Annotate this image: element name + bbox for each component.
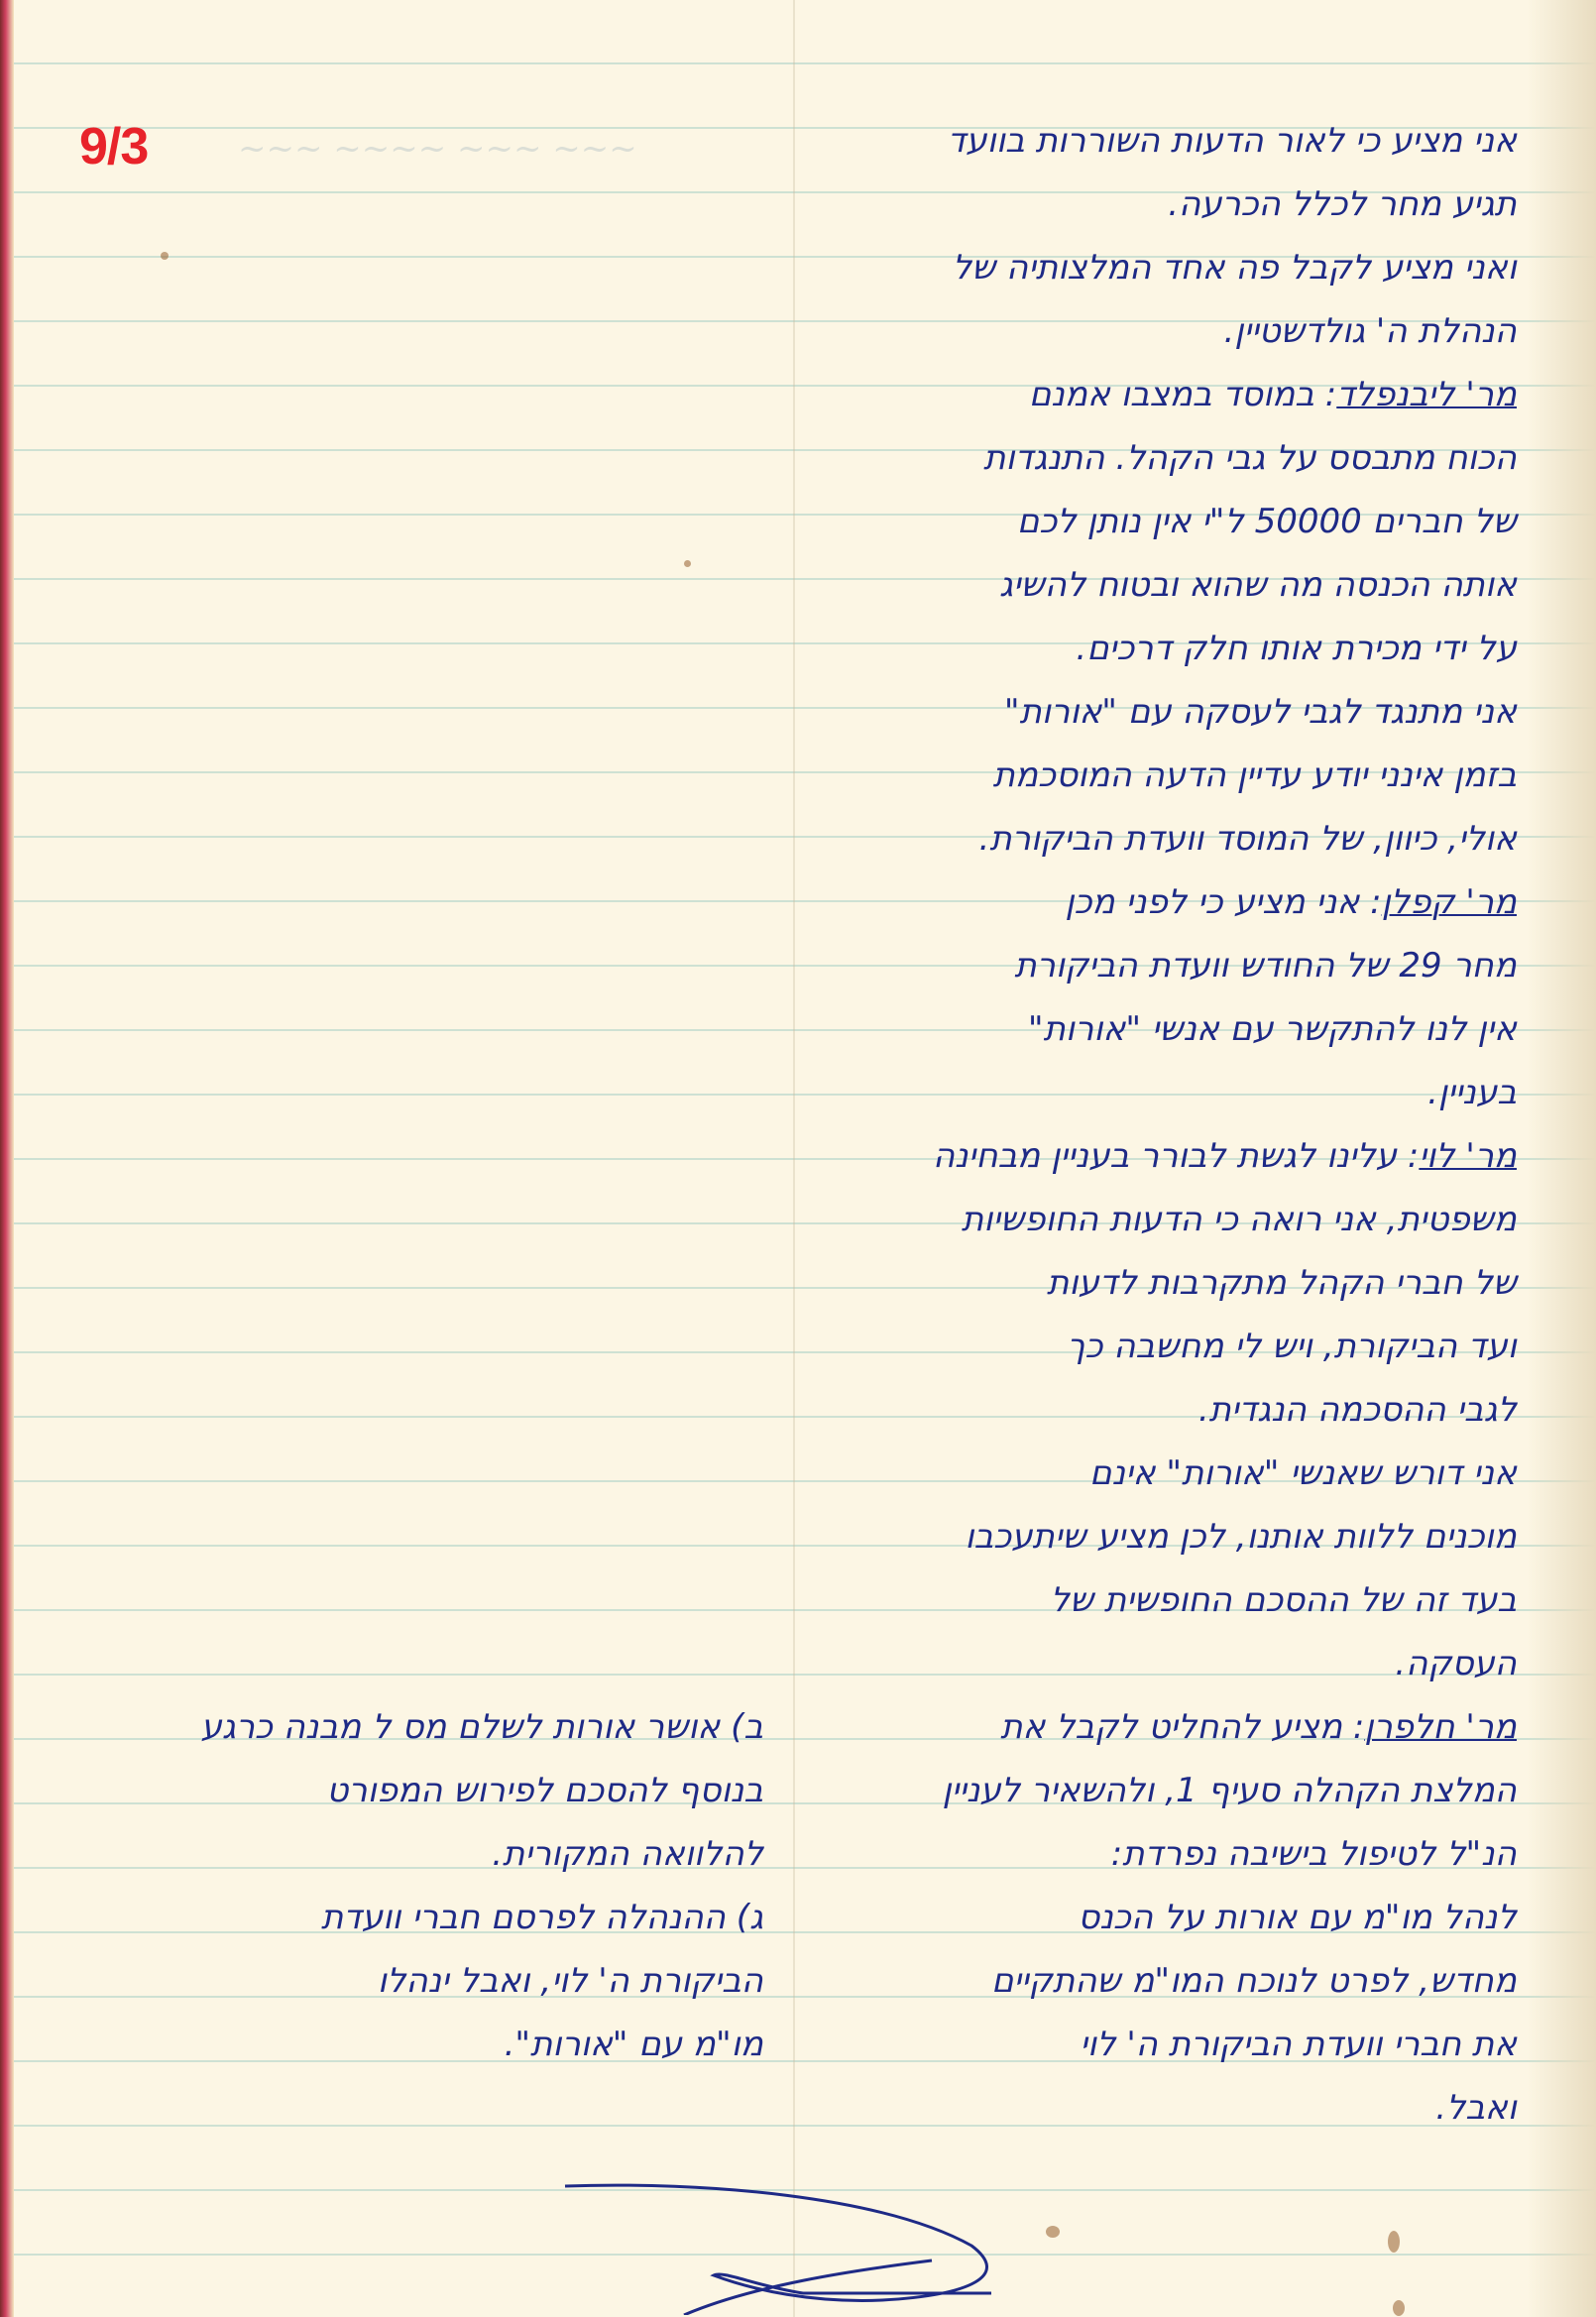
- text-line: על ידי מכירת אותו חלק דרכים.: [803, 617, 1517, 680]
- text-line: ב) אושר אורות לשלם מס ל מבנה כרגע: [30, 1695, 763, 1759]
- text-line: אולי, כיוון, של המוסד וועדת הביקורת.: [803, 807, 1517, 870]
- speaker-line: מר' חלפרן: מציע להחליט לקבל את: [803, 1695, 1517, 1759]
- text-line: בנוסף להסכם לפירוש המפורט: [30, 1759, 763, 1822]
- text-line: מו"מ עם "אורות".: [30, 2013, 763, 2076]
- text-line: של חברי הקהל מתקרבות לדעות: [803, 1251, 1517, 1315]
- text-line: ואני מציע לקבל פה אחד המלצותיה של: [803, 236, 1517, 299]
- minutes-left-column: ב) אושר אורות לשלם מס ל מבנה כרגע בנוסף …: [30, 1695, 763, 2076]
- text-line: בזמן אינני יודע עדיין הדעה המוסכמת: [803, 744, 1517, 807]
- text-line: מוכנים ללוות אותנו, לכן מציע שיתעכבו: [803, 1505, 1517, 1568]
- text-line: המלצת הקהלה סעיף 1, ולהשאיר לעניין: [803, 1759, 1517, 1822]
- speaker-line: מר' ליבנפלד: במוסד במצבו אמנם: [803, 363, 1517, 426]
- text-line: משפטית, אני רואה כי הדעות החופשיות: [803, 1188, 1517, 1251]
- text-line: הביקורת ה' לוי, ואבל ינהלו: [30, 1949, 763, 2013]
- text-line: בעד זה של ההסכם החופשית של: [803, 1568, 1517, 1632]
- signature-scrawl: [555, 2176, 1011, 2315]
- text-line: אני מציע כי לאור הדעות השוררות בוועד: [803, 109, 1517, 173]
- text-line: ועד הביקורת, ויש לי מחשבה כך: [803, 1315, 1517, 1378]
- speaker-name: מר' ליבנפלד: [1336, 375, 1517, 414]
- text-line: בעניין.: [803, 1061, 1517, 1124]
- text-line: מחר 29 של החודש וועדת הביקורת: [803, 934, 1517, 997]
- text-line: תגיע מחר לכלל הכרעה.: [803, 173, 1517, 236]
- page-number-label: 9/3: [79, 117, 148, 176]
- speaker-line: מר' לוי: עלינו לגשת לבורר בעניין מבחינה: [803, 1124, 1517, 1188]
- text-line: אני מתנגד לגבי לעסקה עם "אורות": [803, 680, 1517, 744]
- text-line: לגבי ההסכמה הנגדית.: [803, 1378, 1517, 1442]
- text-line: ואבל.: [803, 2076, 1517, 2140]
- paper-stain: [1046, 2226, 1060, 2238]
- text-line: אין לנו להתקשר עם אנשי "אורות": [803, 997, 1517, 1061]
- text-line: את חברי וועדת הביקורת ה' לוי: [803, 2013, 1517, 2076]
- text-line: אני דורש שאנשי "אורות" אינם: [803, 1442, 1517, 1505]
- speaker-name: מר' חלפרן: [1364, 1707, 1517, 1747]
- text-line: הנ"ל לטיפול בישיבה נפרדת:: [803, 1822, 1517, 1886]
- paper-stain: [1388, 2231, 1400, 2253]
- bleed-through-text: ~~~ ~~~ ~~~~ ~~~: [238, 129, 637, 169]
- text-line: הנהלת ה' גולדשטיין.: [803, 299, 1517, 363]
- text-line: של חברים 50000 ל"י אין נותן לכם: [803, 490, 1517, 553]
- document-page: 9/3 ~~~ ~~~ ~~~~ ~~~ אני מציע כי לאור הד…: [0, 0, 1596, 2317]
- text-line: הכוח מתבסס על גבי הקהל. התנגדות: [803, 426, 1517, 490]
- speaker-name: מר' קפלן: [1382, 882, 1517, 922]
- speaker-name: מר' לוי: [1419, 1136, 1517, 1176]
- paper-stain: [1393, 2300, 1405, 2316]
- text-line: מחדש, לפרט לנוכח המו"מ שהתקיים: [803, 1949, 1517, 2013]
- speaker-line: מר' קפלן: אני מציע כי לפני מכן: [803, 870, 1517, 934]
- text-line: לנהל מו"מ עם אורות על הכנס: [803, 1886, 1517, 1949]
- text-line: העסקה.: [803, 1632, 1517, 1695]
- paper-stain: [684, 560, 691, 567]
- paper-stain: [161, 252, 169, 260]
- text-line: להלוואה המקורית.: [30, 1822, 763, 1886]
- text-line: ג) ההנהלה לפרסם חברי וועדת: [30, 1886, 763, 1949]
- page-fold: [793, 0, 795, 2317]
- minutes-right-column: אני מציע כי לאור הדעות השוררות בוועד תגי…: [803, 109, 1517, 2140]
- text-line: אותה הכנסה מה שהוא ובטוח להשיג: [803, 553, 1517, 617]
